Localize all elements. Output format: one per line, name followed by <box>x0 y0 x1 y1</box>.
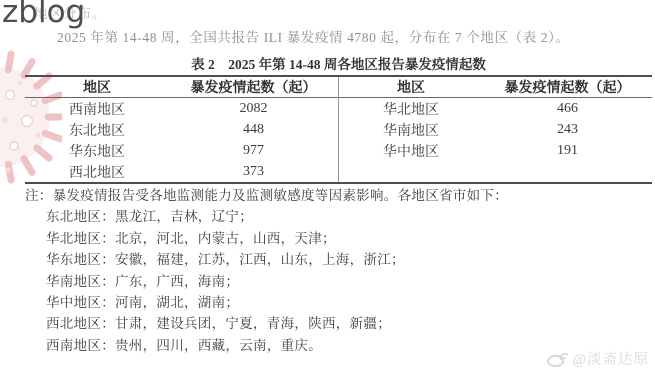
note-item-northeast: 东北地区：黑龙江，吉林，辽宁； <box>46 206 508 227</box>
note-item-central: 华中地区：河南，湖北，湖南； <box>46 292 508 313</box>
count-cell: 977 <box>169 140 338 161</box>
table-title: 表 2 2025 年第 14-48 周各地区报告暴发疫情起数 <box>25 56 652 75</box>
note-item-east: 华东地区：安徽，福建，江苏，江西，山东，上海，浙江； <box>46 249 508 270</box>
table-header-row: 地区 暴发疫情起数（起） <box>25 77 338 98</box>
region-cell: 西南地区 <box>25 98 169 120</box>
note-item-southwest: 西南地区：贵州，四川，西藏，云南，重庆。 <box>46 335 508 356</box>
count-cell: 191 <box>483 140 652 161</box>
table-row: 东北地区 448 <box>25 119 338 140</box>
document-page: 地区分布。 zblog 2025 年第 14-48 周，全国共报告 ILI 暴发… <box>0 0 655 374</box>
region-cell: 华中地区 <box>339 140 483 161</box>
count-cell: 448 <box>169 119 338 140</box>
weibo-watermark: @淡斋达原 <box>547 348 649 369</box>
intro-paragraph: 2025 年第 14-48 周，全国共报告 ILI 暴发疫情 4780 起，分布… <box>57 26 570 46</box>
table-right-pane: 地区 暴发疫情起数（起） 华北地区 466 华南地区 243 <box>338 77 652 182</box>
column-header-region: 地区 <box>339 77 483 98</box>
region-cell: 东北地区 <box>25 119 169 140</box>
note-item-north: 华北地区：北京，河北，内蒙古，山西，天津； <box>46 228 508 249</box>
note-item-northwest: 西北地区：甘肃，建设兵团，宁夏，青海，陕西，新疆； <box>46 313 508 334</box>
region-cell: 华北地区 <box>339 98 483 120</box>
table-header-row: 地区 暴发疫情起数（起） <box>339 77 652 98</box>
count-cell: 466 <box>483 98 652 120</box>
table-left-pane: 地区 暴发疫情起数（起） 西南地区 2082 东北地区 448 <box>25 77 338 182</box>
table-row: 华中地区 191 <box>339 140 652 161</box>
table-row: 华南地区 243 <box>339 119 652 140</box>
region-cell: 华东地区 <box>25 140 169 161</box>
column-header-count: 暴发疫情起数（起） <box>483 77 652 98</box>
table-row: 西北地区 373 <box>25 161 338 182</box>
region-cell: 西北地区 <box>25 161 169 182</box>
column-header-count: 暴发疫情起数（起） <box>169 77 338 98</box>
table-footnotes: 注：暴发疫情报告受各地监测能力及监测敏感度等因素影响。各地区省市如下： 东北地区… <box>25 185 508 356</box>
note-lead: 注：暴发疫情报告受各地监测能力及监测敏感度等因素影响。各地区省市如下： <box>25 185 508 206</box>
table-block: 表 2 2025 年第 14-48 周各地区报告暴发疫情起数 地区 暴发疫情起数… <box>25 56 652 184</box>
count-cell: 373 <box>169 161 338 182</box>
weibo-logo-icon <box>547 350 569 367</box>
outbreak-table: 地区 暴发疫情起数（起） 西南地区 2082 东北地区 448 <box>25 75 652 184</box>
table-row: 华东地区 977 <box>25 140 338 161</box>
column-header-region: 地区 <box>25 77 169 98</box>
count-cell: 243 <box>483 119 652 140</box>
weibo-handle: @淡斋达原 <box>573 348 649 369</box>
table-row: 西南地区 2082 <box>25 98 338 120</box>
count-cell: 2082 <box>169 98 338 120</box>
table-row: 华北地区 466 <box>339 98 652 120</box>
note-item-south: 华南地区：广东，广西，海南； <box>46 271 508 292</box>
region-cell: 华南地区 <box>339 119 483 140</box>
